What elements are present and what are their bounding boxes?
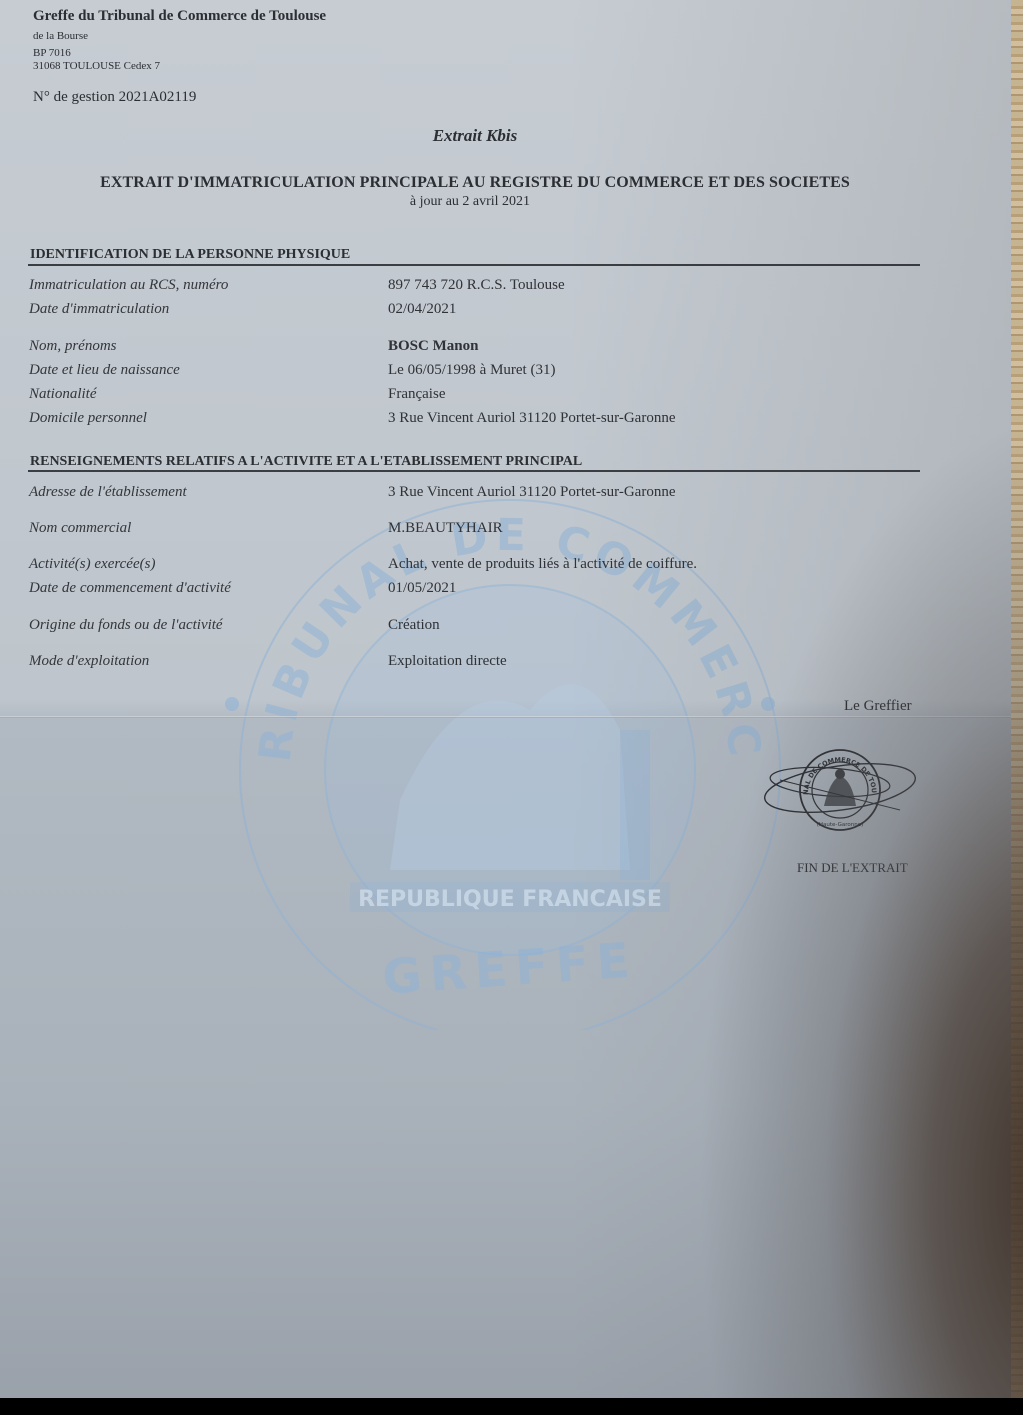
paper-fold xyxy=(0,716,1011,718)
field-value-birth: Le 06/05/1998 à Muret (31) xyxy=(388,362,555,379)
field-label: Date de commencement d'activité xyxy=(29,580,231,597)
field-value-start-date: 01/05/2021 xyxy=(388,580,456,597)
field-label: Immatriculation au RCS, numéro xyxy=(29,277,228,294)
wooden-table-edge xyxy=(1011,0,1023,1398)
svg-text:TRIBUNAL DE COMMERCE DE TOULOU: TRIBUNAL DE COMMERCE DE TOULOUSE xyxy=(760,740,878,795)
field-label: Domicile personnel xyxy=(29,410,147,427)
field-label: Nom, prénoms xyxy=(29,338,117,355)
field-value-operating-mode: Exploitation directe xyxy=(388,653,507,670)
court-stamp-signature: TRIBUNAL DE COMMERCE DE TOULOUSE (Haute-… xyxy=(760,740,920,840)
field-value-trade-name: M.BEAUTYHAIR xyxy=(388,520,503,537)
field-label: Adresse de l'établissement xyxy=(29,484,187,501)
issuer-name: Greffe du Tribunal de Commerce de Toulou… xyxy=(33,8,326,25)
field-value-origin: Création xyxy=(388,617,440,634)
field-label: Date et lieu de naissance xyxy=(29,362,180,379)
issuer-address-line-2: BP 7016 xyxy=(33,47,71,59)
section-rule xyxy=(28,470,920,472)
bottom-black-bar xyxy=(0,1398,1023,1415)
document-photo: TRIBUNAL DE COMMERCE REPUBLIQUE FRANCAIS… xyxy=(0,0,1023,1398)
field-label: Date d'immatriculation xyxy=(29,301,169,318)
signatory-title: Le Greffier xyxy=(844,698,912,715)
document-title: EXTRAIT D'IMMATRICULATION PRINCIPALE AU … xyxy=(0,174,950,192)
svg-text:(Haute-Garonne): (Haute-Garonne) xyxy=(817,822,864,828)
field-label: Activité(s) exercée(s) xyxy=(29,556,155,573)
field-value-name: BOSC Manon xyxy=(388,338,478,355)
document-type: Extrait Kbis xyxy=(0,126,950,146)
field-value-registration-date: 02/04/2021 xyxy=(388,301,456,318)
section-heading-identification: IDENTIFICATION DE LA PERSONNE PHYSIQUE xyxy=(30,247,350,263)
field-label: Origine du fonds ou de l'activité xyxy=(29,617,223,634)
field-value-activity: Achat, vente de produits liés à l'activi… xyxy=(388,556,697,573)
field-value-establishment-address: 3 Rue Vincent Auriol 31120 Portet-sur-Ga… xyxy=(388,484,676,501)
field-value-rcs-number: 897 743 720 R.C.S. Toulouse xyxy=(388,277,565,294)
section-heading-activity: RENSEIGNEMENTS RELATIFS A L'ACTIVITE ET … xyxy=(30,454,582,470)
field-label: Nom commercial xyxy=(29,520,131,537)
section-rule xyxy=(28,264,920,266)
field-value-nationality: Française xyxy=(388,386,445,403)
end-of-extract: FIN DE L'EXTRAIT xyxy=(797,860,908,876)
field-value-home-address: 3 Rue Vincent Auriol 31120 Portet-sur-Ga… xyxy=(388,410,676,427)
issuer-address-line-1: de la Bourse xyxy=(33,30,88,42)
field-label: Mode d'exploitation xyxy=(29,653,149,670)
issuer-address-line-3: 31068 TOULOUSE Cedex 7 xyxy=(33,60,160,72)
document-date: à jour au 2 avril 2021 xyxy=(0,194,940,210)
gestion-number: N° de gestion 2021A02119 xyxy=(33,89,196,106)
field-label: Nationalité xyxy=(29,386,97,403)
